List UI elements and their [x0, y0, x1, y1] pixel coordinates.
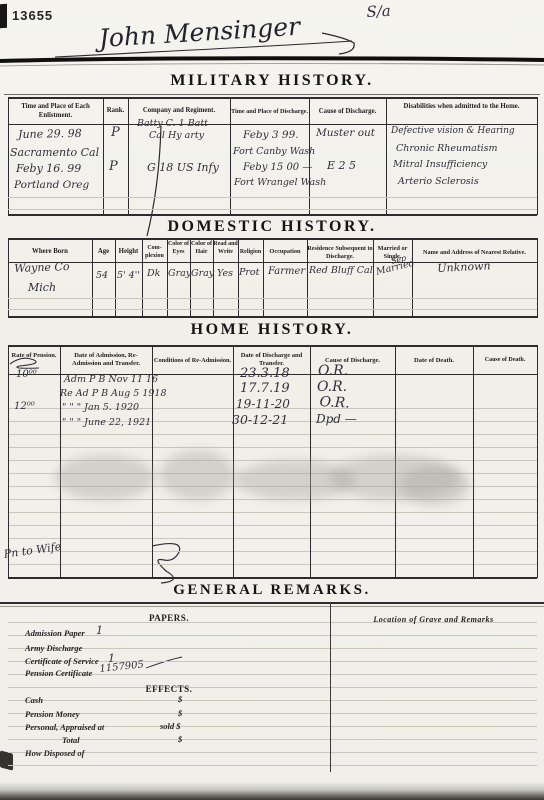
home-history-title: HOME HISTORY.: [0, 321, 544, 339]
where-born-entry: Mich: [28, 281, 56, 294]
complexion-entry: Dk: [147, 268, 160, 279]
domestic-col-occupation: Occupation: [263, 248, 307, 256]
domestic-col-relative: Name and Address of Nearest Relative.: [412, 249, 537, 257]
company-entry: Batty C. 1 Batt: [137, 118, 208, 129]
admission-entry: " " " Jan 5. 1920: [62, 402, 139, 413]
column-divider: [473, 345, 474, 578]
discharge-date-entry: Feby 15 00 —: [243, 162, 312, 173]
religion-entry: Prot: [239, 267, 259, 278]
scan-corner-mark: [0, 4, 7, 28]
column-divider: [233, 345, 234, 578]
company-entry: G 18 US Infy: [147, 161, 219, 174]
height-entry: 5' 4'': [117, 270, 140, 281]
effect-item-label: Total: [62, 735, 80, 745]
home-right-border: [537, 345, 538, 578]
effect-item-value: $: [178, 734, 182, 744]
disability-entry: Mitral Insufficiency: [393, 159, 487, 170]
age-entry: 54: [96, 270, 108, 281]
discharge-place-entry: Fort Canby Wash: [233, 146, 315, 157]
rank-entry: P: [111, 125, 120, 140]
enlist-date-entry: Feby 16. 99: [16, 162, 81, 175]
paper-item-label: Army Discharge: [25, 643, 82, 653]
enlist-place-entry: Sacramento Cal: [10, 146, 99, 159]
disability-entry: Chronic Rheumatism: [396, 143, 498, 154]
domestic-col-religion: Religion: [238, 249, 263, 257]
effect-item-label: How Disposed of: [25, 748, 85, 758]
paper-item-value: 1: [96, 624, 103, 637]
military-table-pre-rule: [4, 94, 540, 95]
military-col-company: Company and Regiment.: [128, 107, 230, 116]
discharge-cause-entry: O.R.: [319, 394, 350, 412]
military-col-cause: Cause of Discharge.: [309, 108, 386, 117]
effect-item-value: $: [178, 708, 182, 718]
discharge-cause-entry: O.R.: [318, 363, 348, 379]
remarks-center-divider: [330, 602, 331, 772]
domestic-col-height: Height: [115, 248, 142, 257]
domestic-table-top-border: [8, 238, 537, 240]
eye-color-entry: Gray: [168, 268, 191, 279]
discharge-cause-entry: Muster out: [316, 127, 375, 139]
military-col-disabilities: Disabilities when admitted to the Home.: [386, 103, 537, 112]
home-col-death-cause: Cause of Death.: [473, 357, 537, 365]
military-header-divider: [8, 124, 537, 125]
residence-entry: Red Bluff Cal: [309, 265, 373, 276]
scanned-document-page: 13655 S/a John Mensinger MILITARY HISTOR…: [0, 0, 544, 800]
company-entry: Cal Hy arty: [149, 130, 204, 141]
papers-section-title: PAPERS.: [8, 613, 330, 623]
domestic-col-complexion: Com- plexion: [142, 245, 167, 261]
home-left-border: [8, 345, 9, 578]
faint-ruled-line: [8, 298, 537, 299]
stain-smudge: [400, 465, 470, 505]
register-number-stamp: 13655: [12, 8, 53, 23]
general-remarks-title: GENERAL REMARKS.: [0, 582, 544, 599]
discharge-date-entry: 17.7.19: [240, 381, 290, 396]
domestic-right-border: [537, 238, 538, 318]
discharge-place-entry: Fort Wrangel Wash: [234, 177, 326, 188]
faint-ruled-line: [8, 209, 537, 210]
home-col-conditions: Conditions of Re-Admission.: [152, 357, 233, 365]
admission-entry: Re Ad P B Aug 5 1918: [60, 388, 167, 399]
stain-smudge: [160, 450, 235, 500]
paper-item-label: Admission Paper: [25, 628, 85, 638]
home-col-rate: Rate of Pension.: [8, 352, 60, 360]
discharge-date-entry: 23.3.18: [240, 366, 290, 381]
enlist-place-entry: Portland Oreg: [14, 179, 89, 191]
where-born-entry: Wayne Co: [14, 260, 70, 275]
faint-ruled-line: [8, 309, 537, 310]
grave-remarks-title: Location of Grave and Remarks: [330, 615, 537, 624]
stain-smudge: [55, 455, 155, 500]
occupation-entry: Farmer: [268, 266, 305, 277]
member-signature: John Mensinger: [98, 12, 301, 53]
signature-tail-flourish: [322, 33, 354, 54]
rank-entry: P: [109, 159, 118, 174]
hair-color-entry: Gray: [191, 268, 214, 279]
discharge-cause-entry: Dpd —: [316, 412, 357, 426]
effect-item-value: $: [178, 694, 182, 704]
domestic-col-where-born: Where Born: [8, 248, 92, 257]
pension-rate-entry: 10⁰⁰: [16, 369, 37, 380]
admission-entry: Adm P B Nov 11 16: [64, 374, 158, 385]
military-right-border: [537, 97, 538, 215]
effect-item-label: Cash: [25, 695, 43, 705]
faint-ruled-line: [8, 197, 537, 198]
effect-item-label: Personal, Appraised at: [25, 722, 104, 732]
domestic-col-eyes: Color of Eyes: [167, 241, 190, 257]
discharge-date-entry: 19-11-20: [236, 397, 290, 411]
effects-section-title: EFFECTS.: [8, 684, 330, 694]
military-history-title: MILITARY HISTORY.: [0, 72, 544, 90]
enlist-date-entry: June 29. 98: [18, 127, 82, 141]
discharge-cause-entry: E 2 5: [327, 159, 356, 172]
domestic-col-hair: Color of Hair: [190, 241, 213, 257]
domestic-col-residence: Residence Subsequent to Discharge.: [307, 245, 373, 261]
military-table-bottom-border: [8, 214, 537, 216]
corner-annotation: S/a: [366, 2, 391, 21]
domestic-table-bottom-border: [8, 316, 537, 318]
home-table-bottom-border: [8, 577, 537, 579]
disability-entry: Defective vision & Hearing: [391, 126, 515, 136]
domestic-col-age: Age: [92, 248, 115, 257]
paper-item-label: Certificate of Service: [25, 656, 99, 666]
heavy-divider-rule: [0, 58, 544, 61]
remarks-top-border: [0, 602, 544, 604]
discharge-cause-entry: O.R.: [317, 379, 347, 395]
home-col-death-date: Date of Death.: [395, 357, 473, 365]
effect-item-value: sold $: [160, 721, 181, 731]
effect-item-label: Pension Money: [25, 709, 80, 719]
domestic-col-read-write: Read and Write: [213, 241, 238, 257]
home-table-top-border: [8, 345, 537, 347]
domestic-history-title: DOMESTIC HISTORY.: [0, 218, 544, 236]
military-table-top-border: [8, 97, 537, 99]
remarks-top-echo: [0, 606, 544, 607]
military-col-rank: Rank.: [103, 107, 128, 116]
nearest-relative-entry: Unknown: [437, 259, 491, 275]
scan-bottom-edge: [0, 782, 544, 800]
military-col-discharge: Time and Place of Discharge.: [230, 108, 309, 116]
admission-entry: " " " June 22, 1921: [62, 417, 151, 428]
disability-entry: Arterio Sclerosis: [398, 176, 479, 187]
home-col-admission: Date of Admission, Re-Admission and Tran…: [60, 352, 152, 369]
discharge-date-entry: 30-12-21: [232, 412, 288, 427]
military-col-enlistment: Time and Place of Each Enlistment.: [8, 103, 103, 121]
divider-echo-line: [0, 64, 544, 66]
pension-rate-entry: 12⁰⁰: [14, 401, 35, 412]
discharge-date-entry: Feby 3 99.: [243, 129, 299, 141]
read-write-entry: Yes: [217, 268, 233, 279]
paper-item-label: Pension Certificate: [25, 668, 92, 678]
